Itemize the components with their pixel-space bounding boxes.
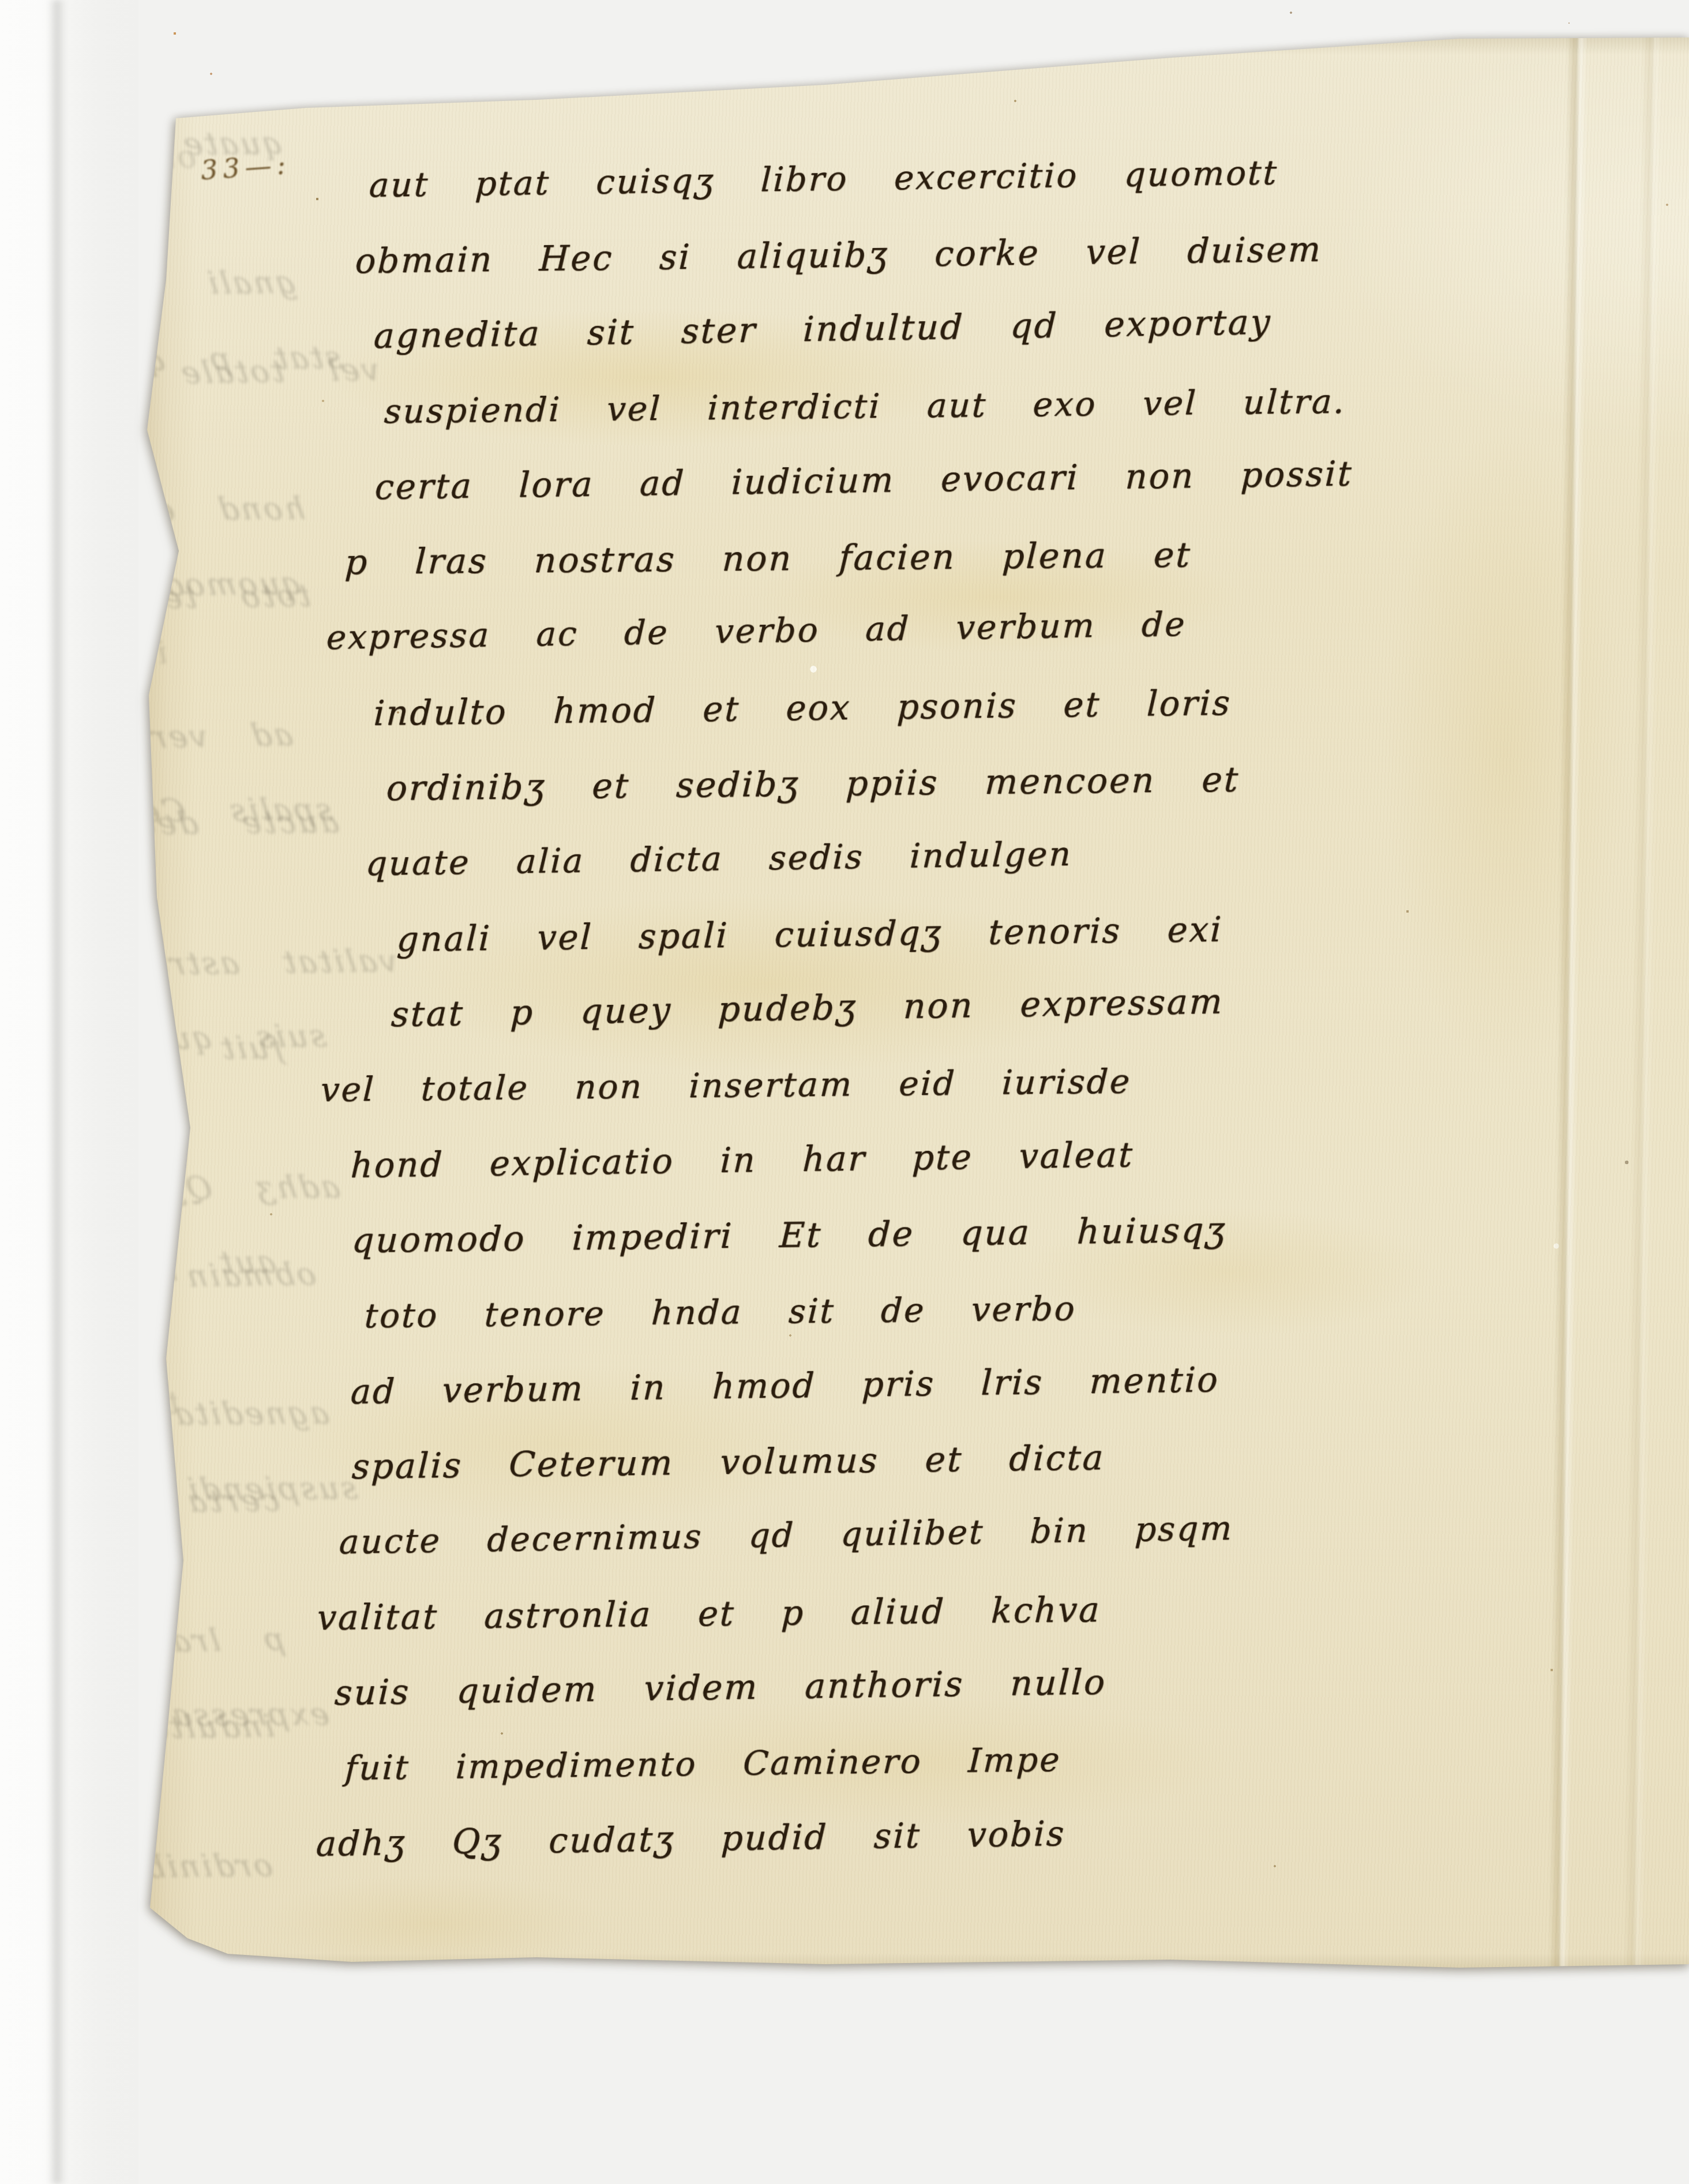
paper-grain-texture (133, 32, 1689, 1973)
scanner-background: quate alia dicta sedis indulgengnali vel… (0, 0, 1689, 2184)
bleedthrough-margin-smudge: indulto hmod et eox psonis et loris (0, 637, 167, 673)
bleedthrough-margin-smudge: obmain Hec si aliquibʒ corke vel duisem (0, 141, 196, 177)
bleedthrough-margin-smudge: toto tenore hnda sit de verbo (0, 1387, 179, 1423)
paper-shadow-wrap: quate alia dicta sedis indulgengnali vel… (0, 0, 1689, 2184)
manuscript-page: quate alia dicta sedis indulgengnali vel… (133, 32, 1689, 1973)
